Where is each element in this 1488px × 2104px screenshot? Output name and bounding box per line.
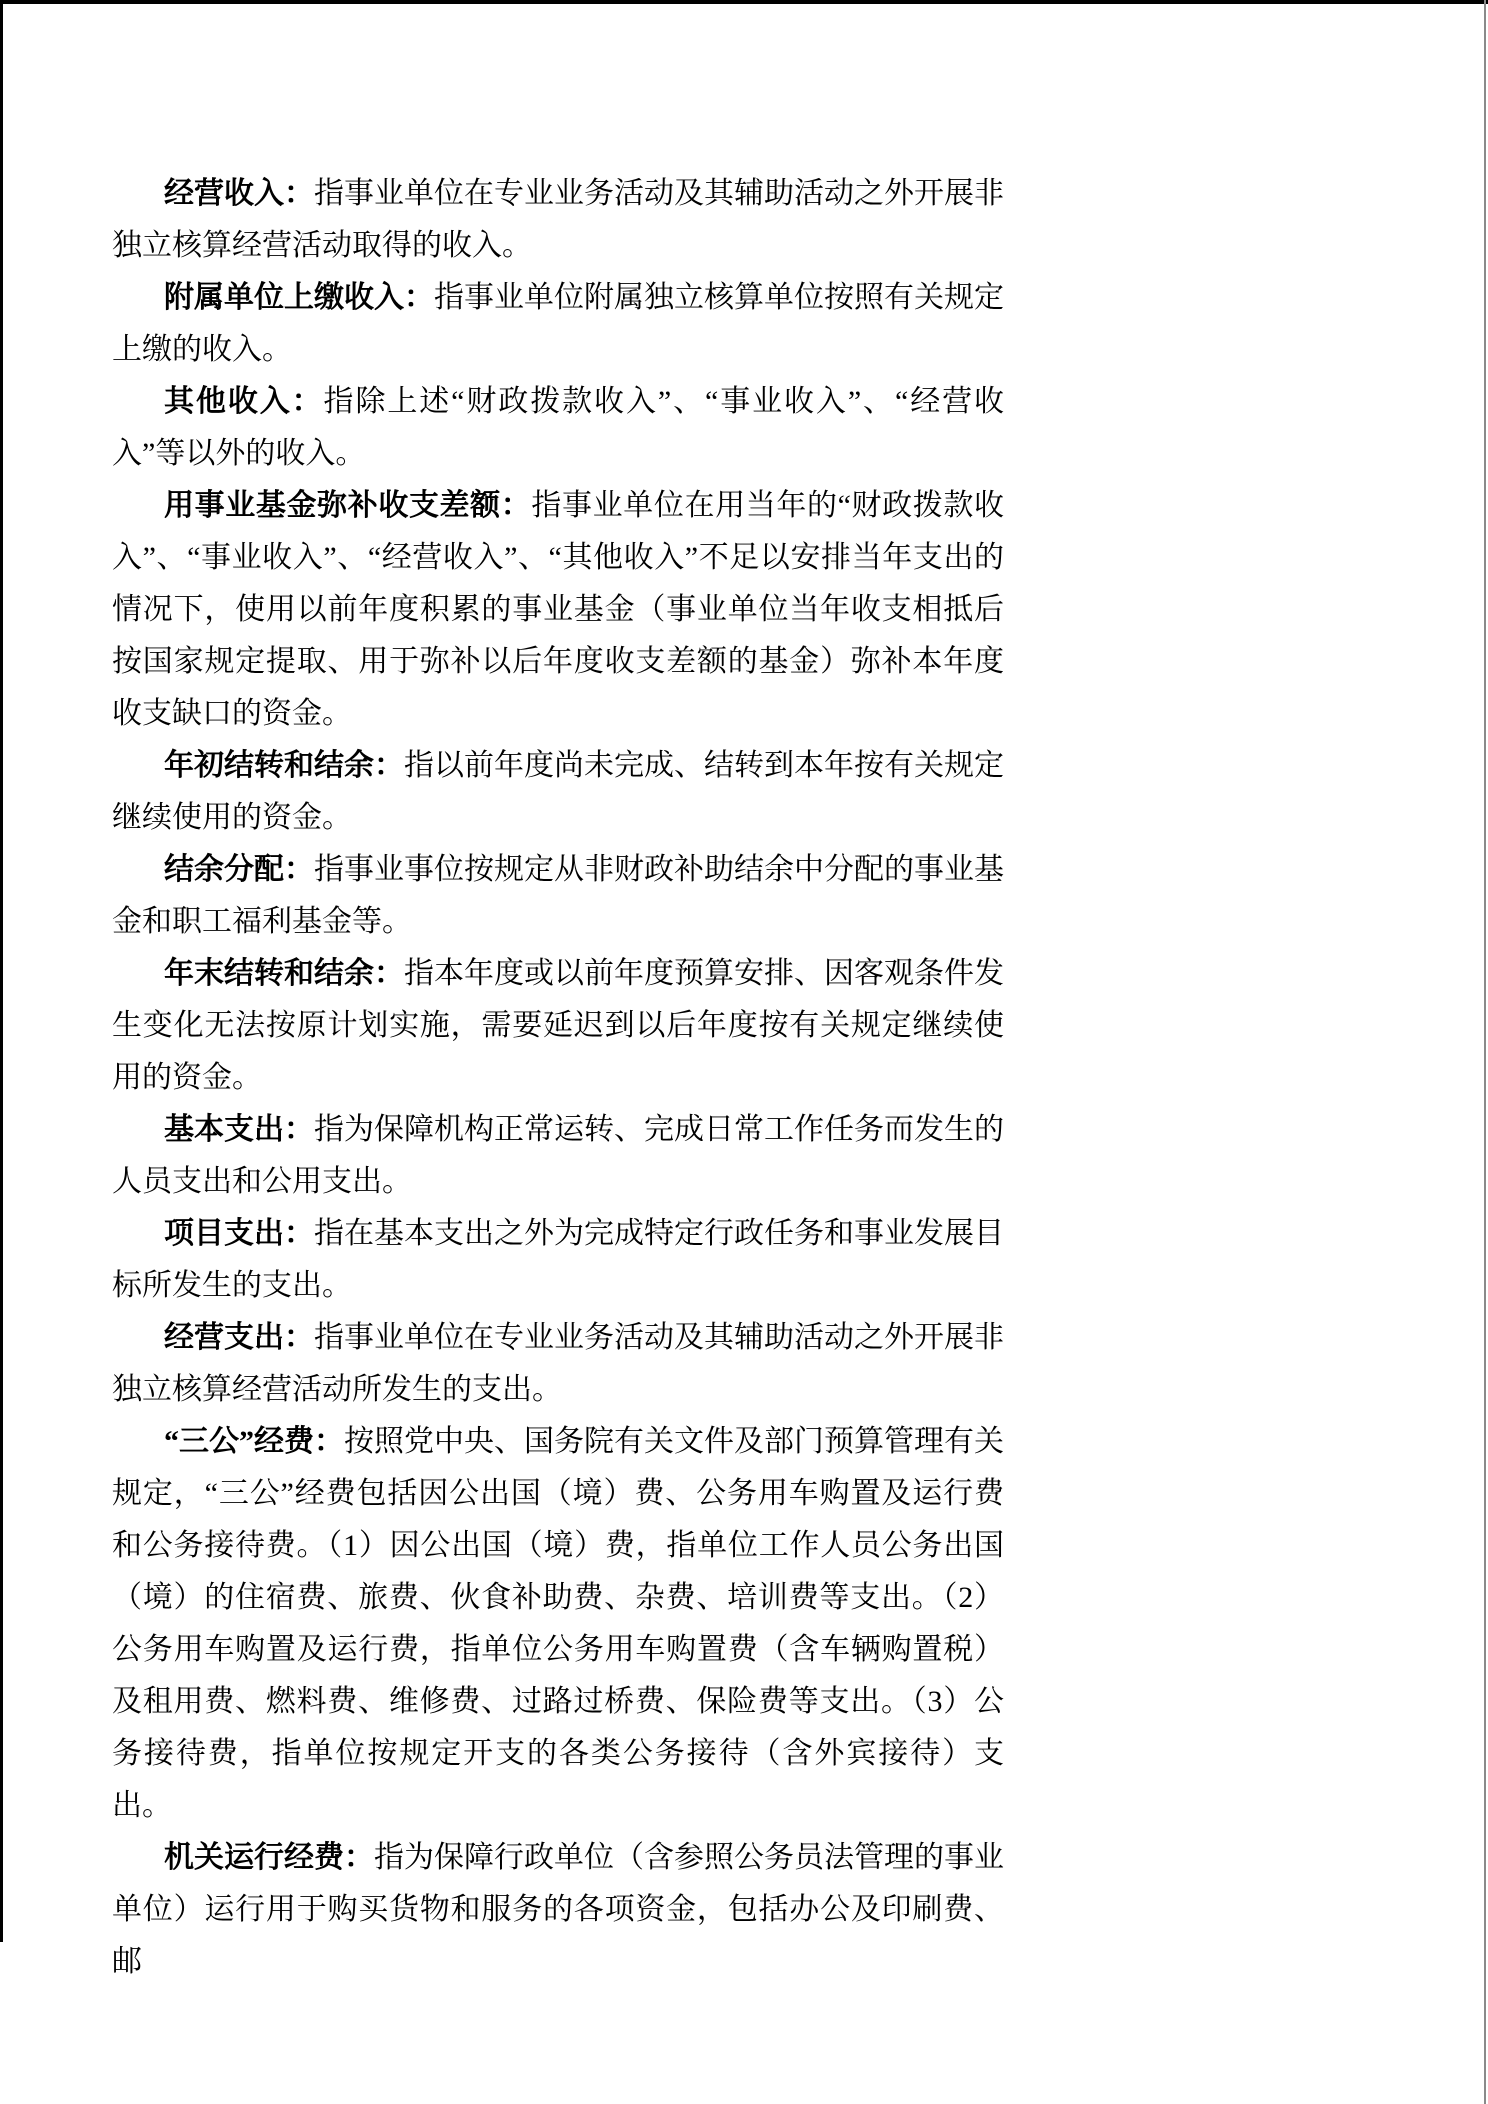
definition-paragraph: “三公”经费：按照党中央、国务院有关文件及部门预算管理有关规定，“三公”经费包括… xyxy=(112,1416,1004,1832)
document-body: 经营收入：指事业单位在专业业务活动及其辅助活动之外开展非独立核算经营活动取得的收… xyxy=(112,168,1004,1988)
definition-paragraph: 年初结转和结余：指以前年度尚未完成、结转到本年按有关规定继续使用的资金。 xyxy=(112,740,1004,844)
term-label: 用事业基金弥补收支差额： xyxy=(164,489,531,522)
term-label: 其他收入： xyxy=(164,385,324,418)
scan-edge-top xyxy=(0,0,1488,4)
definition-paragraph: 项目支出：指在基本支出之外为完成特定行政任务和事业发展目标所发生的支出。 xyxy=(112,1208,1004,1312)
definition-paragraph: 其他收入：指除上述“财政拨款收入”、“事业收入”、“经营收入”等以外的收入。 xyxy=(112,376,1004,480)
definition-paragraph: 用事业基金弥补收支差额：指事业单位在用当年的“财政拨款收入”、“事业收入”、“经… xyxy=(112,480,1004,740)
definition-paragraph: 年末结转和结余：指本年度或以前年度预算安排、因客观条件发生变化无法按原计划实施，… xyxy=(112,948,1004,1104)
term-label: 年初结转和结余： xyxy=(164,749,404,782)
term-label: 机关运行经费： xyxy=(164,1841,374,1874)
term-label: 基本支出： xyxy=(164,1113,314,1146)
term-label: 附属单位上缴收入： xyxy=(164,281,434,314)
definition-paragraph: 经营收入：指事业单位在专业业务活动及其辅助活动之外开展非独立核算经营活动取得的收… xyxy=(112,168,1004,272)
term-label: 经营支出： xyxy=(164,1321,314,1354)
scan-edge-right xyxy=(1484,0,1486,2104)
definition-paragraph: 结余分配：指事业事位按规定从非财政补助结余中分配的事业基金和职工福利基金等。 xyxy=(112,844,1004,948)
definition-paragraph: 经营支出：指事业单位在专业业务活动及其辅助活动之外开展非独立核算经营活动所发生的… xyxy=(112,1312,1004,1416)
scan-edge-left xyxy=(0,0,3,1942)
term-label: 年末结转和结余： xyxy=(164,957,404,990)
document-page: 经营收入：指事业单位在专业业务活动及其辅助活动之外开展非独立核算经营活动取得的收… xyxy=(0,0,1488,2104)
term-label: 经营收入： xyxy=(164,177,314,210)
definition-paragraph: 基本支出：指为保障机构正常运转、完成日常工作任务而发生的人员支出和公用支出。 xyxy=(112,1104,1004,1208)
term-label: 结余分配： xyxy=(164,853,314,886)
term-definition: 按照党中央、国务院有关文件及部门预算管理有关规定，“三公”经费包括因公出国（境）… xyxy=(112,1425,1004,1822)
definition-paragraph: 附属单位上缴收入：指事业单位附属独立核算单位按照有关规定上缴的收入。 xyxy=(112,272,1004,376)
definition-paragraph: 机关运行经费：指为保障行政单位（含参照公务员法管理的事业单位）运行用于购买货物和… xyxy=(112,1832,1004,1988)
term-definition: 指事业单位在用当年的“财政拨款收入”、“事业收入”、“经营收入”、“其他收入”不… xyxy=(112,489,1004,730)
term-label: “三公”经费： xyxy=(164,1425,344,1458)
term-label: 项目支出： xyxy=(164,1217,314,1250)
